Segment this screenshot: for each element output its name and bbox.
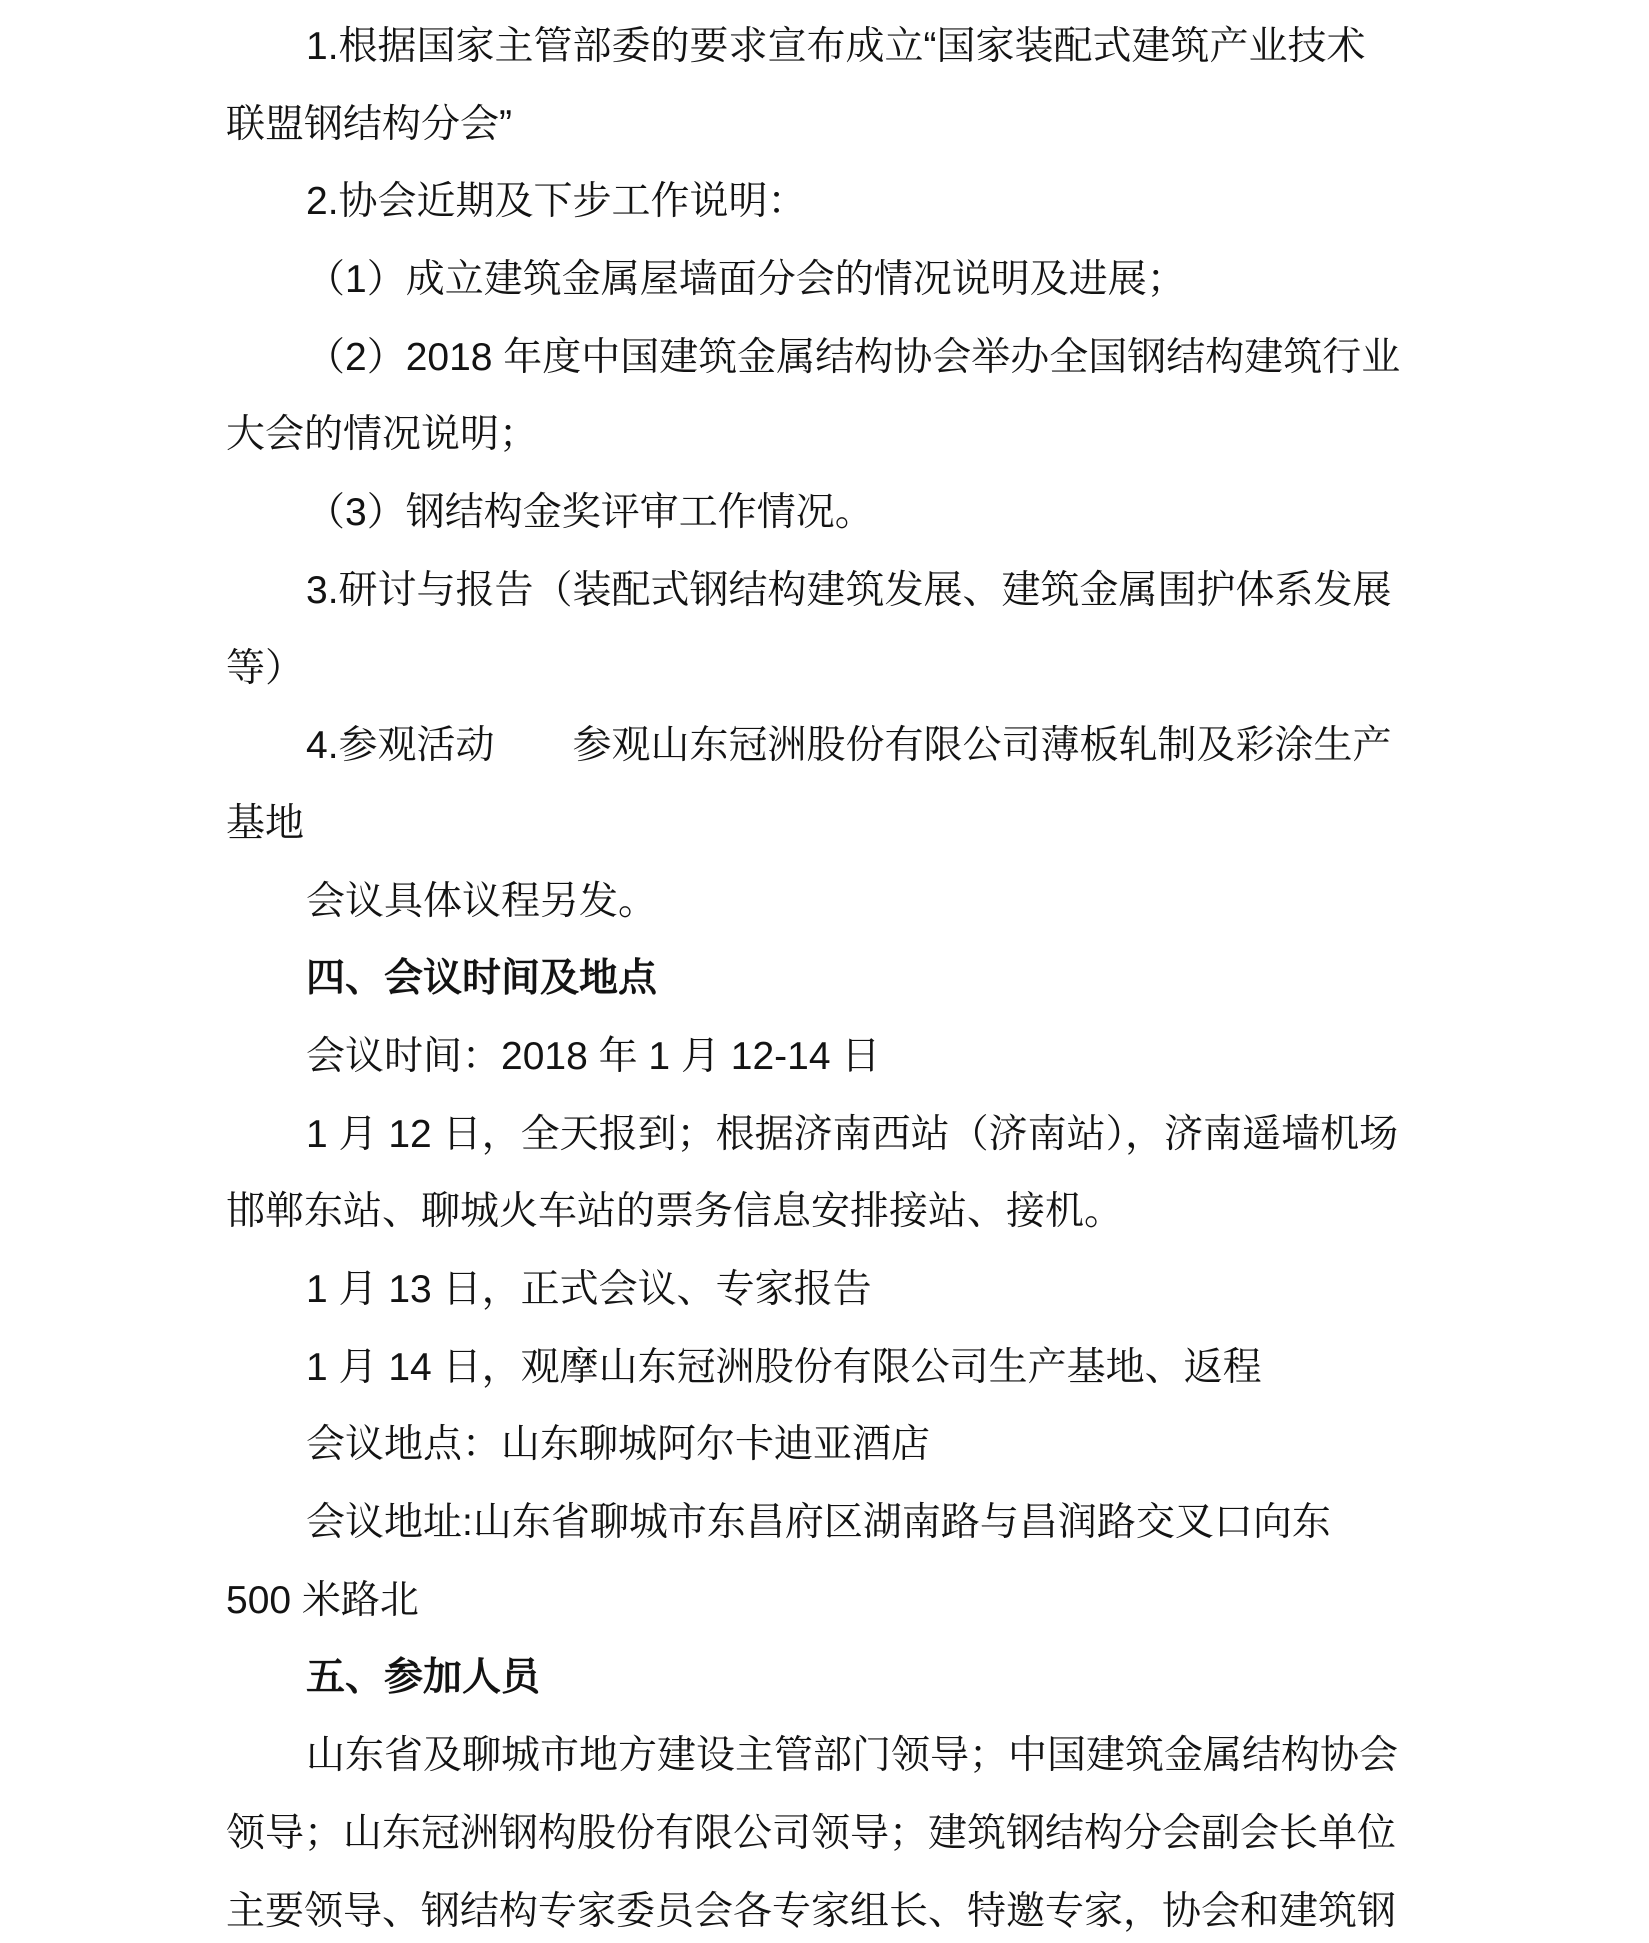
text-line-subitem-1: （1）成立建筑金属屋墙面分会的情况说明及进展； xyxy=(226,241,1526,319)
text-line-jan14: 1 月 14 日，观摩山东冠洲股份有限公司生产基地、返程 xyxy=(226,1329,1526,1407)
text-line-participants-3: 主要领导、钢结构专家委员会各专家组长、特邀专家，协会和建筑钢 xyxy=(226,1873,1526,1943)
text-line-jan12: 1 月 12 日，全天报到；根据济南西站（济南站），济南遥墙机场 xyxy=(226,1096,1526,1174)
text-line-agenda-item-4-cont: 基地 xyxy=(226,785,1526,863)
text-line-agenda-item-4: 4.参观活动 参观山东冠洲股份有限公司薄板轧制及彩涂生产 xyxy=(226,707,1526,785)
text-line-subitem-3: （3）钢结构金奖评审工作情况。 xyxy=(226,474,1526,552)
section-heading-time-location: 四、会议时间及地点 xyxy=(226,940,1526,1018)
document-page: 1.根据国家主管部委的要求宣布成立“国家装配式建筑产业技术 联盟钢结构分会” 2… xyxy=(0,0,1526,1943)
section-heading-participants: 五、参加人员 xyxy=(226,1639,1526,1717)
text-line-agenda-item-1: 1.根据国家主管部委的要求宣布成立“国家装配式建筑产业技术 xyxy=(226,8,1526,86)
text-line-meeting-time: 会议时间：2018 年 1 月 12-14 日 xyxy=(226,1018,1526,1096)
text-line-jan12-cont: 邯郸东站、聊城火车站的票务信息安排接站、接机。 xyxy=(226,1173,1526,1251)
text-line-agenda-item-3: 3.研讨与报告（装配式钢结构建筑发展、建筑金属围护体系发展 xyxy=(226,552,1526,630)
text-line-jan13: 1 月 13 日，正式会议、专家报告 xyxy=(226,1251,1526,1329)
text-line-subitem-2-cont: 大会的情况说明； xyxy=(226,396,1526,474)
text-line-participants-1: 山东省及聊城市地方建设主管部门领导；中国建筑金属结构协会 xyxy=(226,1717,1526,1795)
text-line-meeting-address: 会议地址:山东省聊城市东昌府区湖南路与昌润路交叉口向东 xyxy=(226,1484,1526,1562)
text-line-agenda-item-1-cont: 联盟钢结构分会” xyxy=(226,86,1526,164)
text-line-agenda-note: 会议具体议程另发。 xyxy=(226,863,1526,941)
text-line-agenda-item-3-cont: 等） xyxy=(226,630,1526,708)
text-line-agenda-item-2: 2.协会近期及下步工作说明： xyxy=(226,163,1526,241)
text-line-participants-2: 领导；山东冠洲钢构股份有限公司领导；建筑钢结构分会副会长单位 xyxy=(226,1795,1526,1873)
text-line-meeting-address-cont: 500 米路北 xyxy=(226,1562,1526,1640)
text-line-subitem-2: （2）2018 年度中国建筑金属结构协会举办全国钢结构建筑行业 xyxy=(226,319,1526,397)
text-line-meeting-venue: 会议地点：山东聊城阿尔卡迪亚酒店 xyxy=(226,1406,1526,1484)
